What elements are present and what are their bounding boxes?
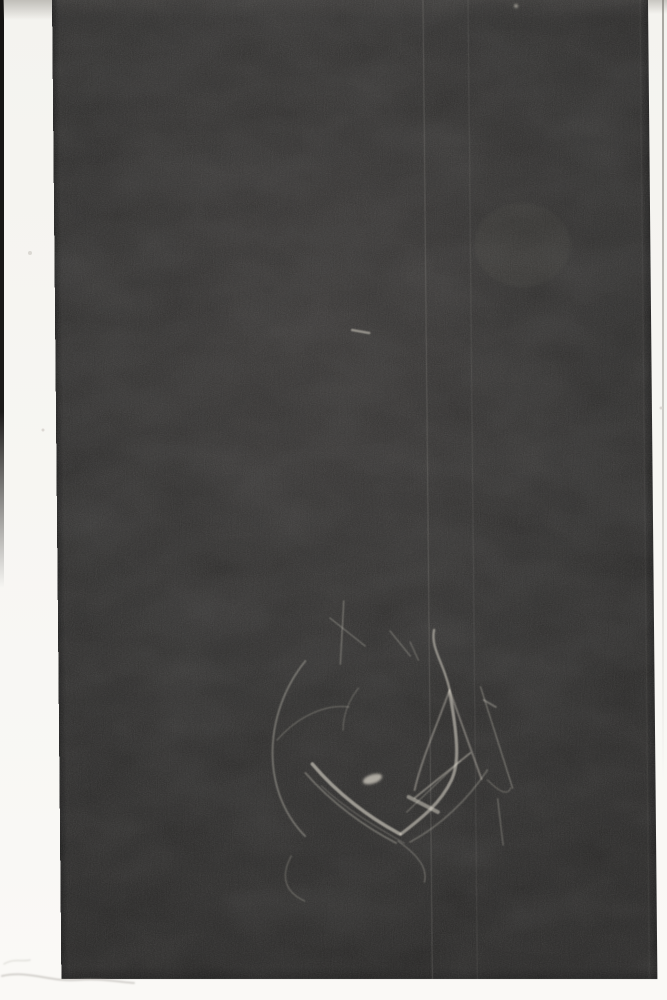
scanned-page — [0, 0, 667, 1000]
page-right-edge-line — [662, 0, 664, 780]
mottle-dark-texture — [52, 0, 657, 979]
top-right-margin-shade — [648, 0, 667, 14]
plate-texture-and-scratches — [52, 0, 657, 979]
book-spine-shadow-line — [0, 0, 4, 588]
photographic-plate — [52, 0, 657, 979]
top-left-margin-shade — [3, 0, 53, 20]
